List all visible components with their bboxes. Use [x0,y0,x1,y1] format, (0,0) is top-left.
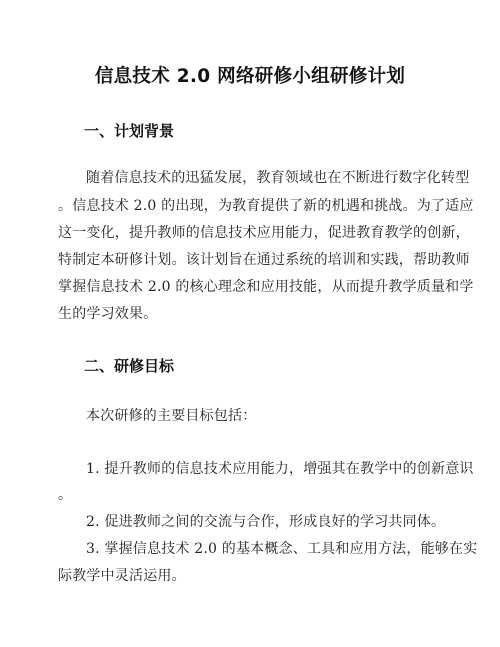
goal-item: 1. 提升教师的信息技术应用能力，增强其在教学中的创新意识 [86,458,498,478]
paragraph-line: 。信息技术 2.0 的出现，为教育提供了新的机遇和挑战。为了适应 [58,195,470,215]
paragraph-line: 特制定本研修计划。该计划旨在通过系统的培训和实践，帮助教师 [58,249,470,269]
paragraph-line: 随着信息技术的迅猛发展，教育领域也在不断进行数字化转型 [86,167,498,187]
goal-item-continuation: 。 [58,484,470,504]
section-heading-goals: 二、研修目标 [84,355,174,376]
paragraph-line: 生的学习效果。 [58,303,470,323]
goal-item: 3. 掌握信息技术 2.0 的基本概念、工具和应用方法，能够在实 [86,538,498,558]
goal-item: 2. 促进教师之间的交流与合作，形成良好的学习共同体。 [86,511,498,531]
goals-intro: 本次研修的主要目标包括： [86,405,498,425]
goal-item-continuation: 际教学中灵活运用。 [58,565,470,585]
document-title: 信息技术 2.0 网络研修小组研修计划 [0,62,500,88]
paragraph-line: 掌握信息技术 2.0 的核心理念和应用技能，从而提升教学质量和学 [58,276,470,296]
section-heading-background: 一、计划背景 [84,120,174,141]
paragraph-line: 这一变化，提升教师的信息技术应用能力，促进教育教学的创新， [58,222,470,242]
